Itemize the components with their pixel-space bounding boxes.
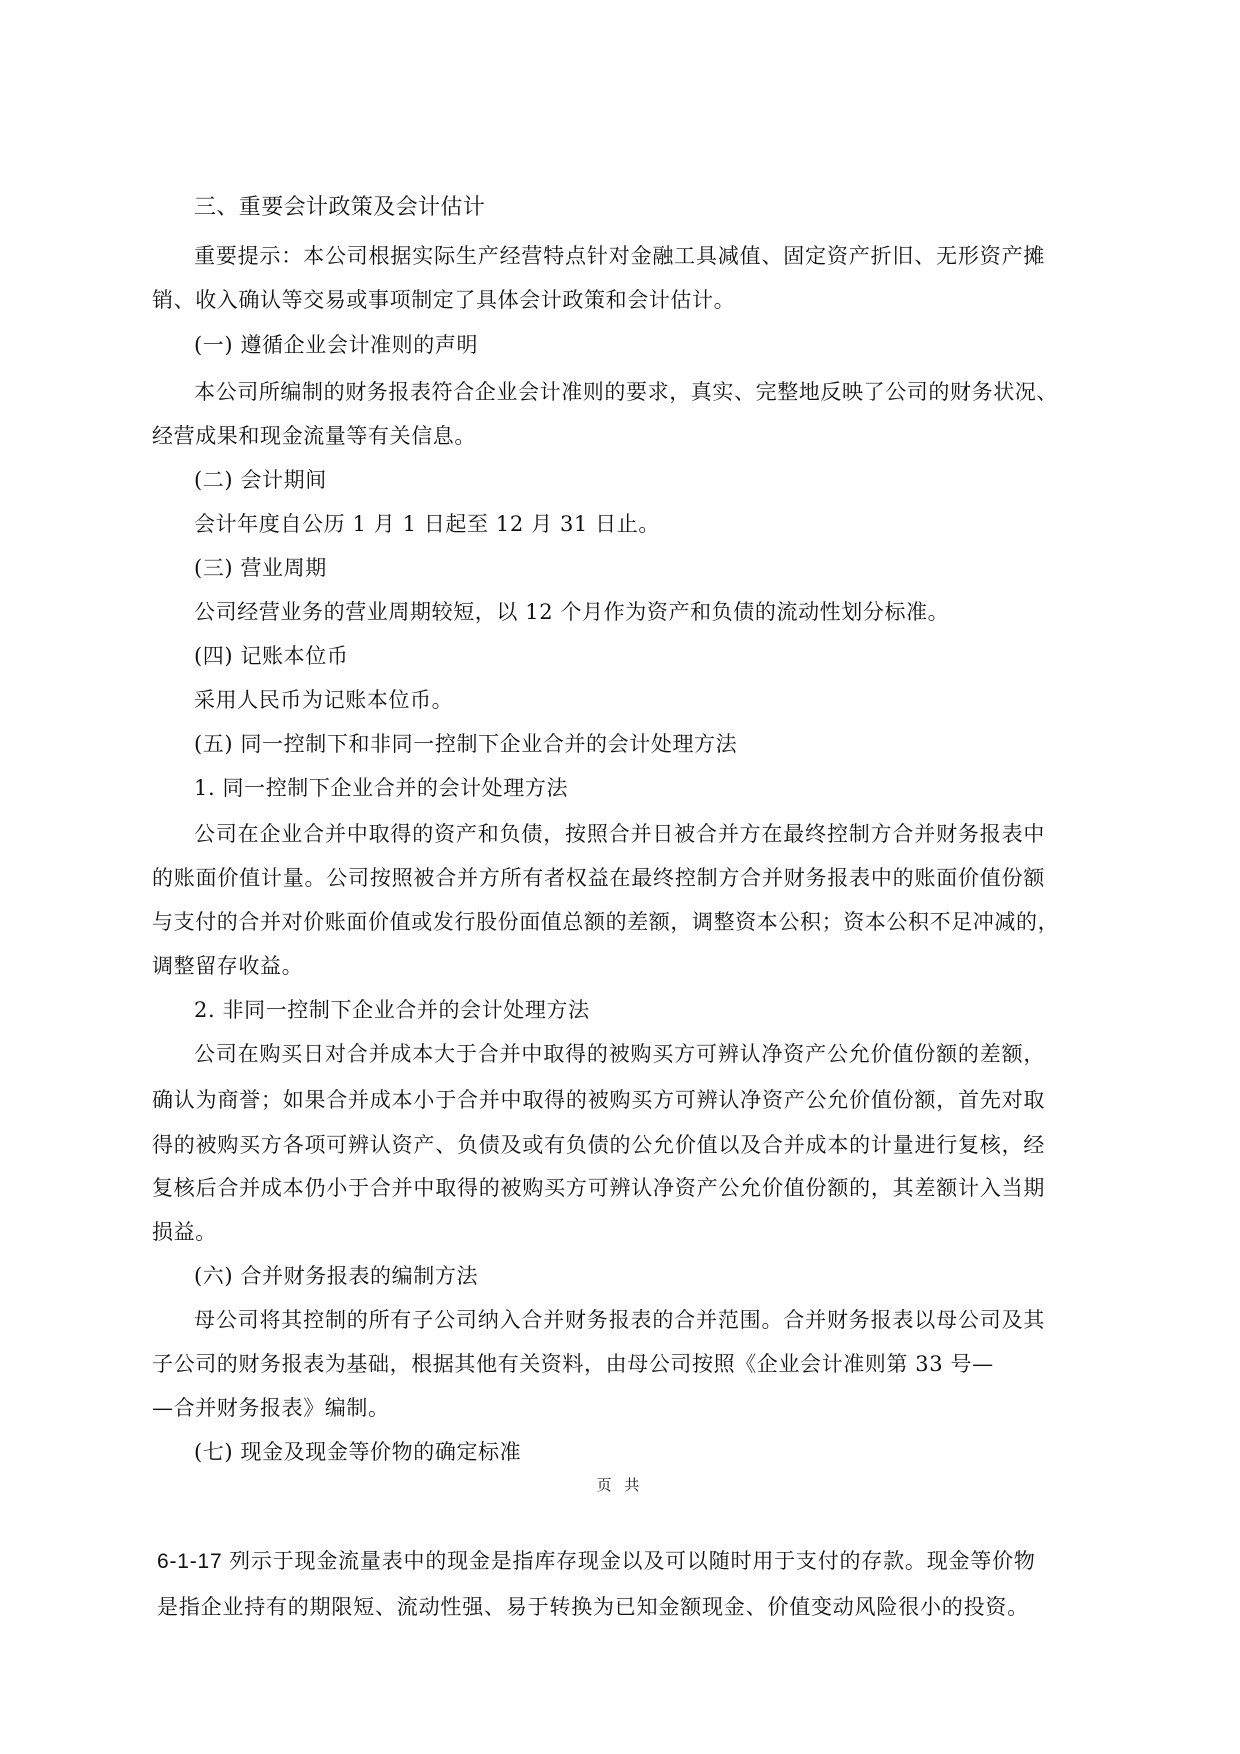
paragraph-line: 复核后合并成本仍小于合并中取得的被购买方可辨认净资产公允价值份额的，其差额计入当… <box>152 1174 1045 1202</box>
paragraph-line: 调整留存收益。 <box>152 952 303 980</box>
paragraph-line: 公司在企业合并中取得的资产和负债，按照合并日被合并方在最终控制方合并财务报表中 <box>194 820 1045 848</box>
paragraph-line: 会计年度自公历 1 月 1 日起至 12 月 31 日止。 <box>194 510 660 538</box>
subsection-heading-6: (六) 合并财务报表的编制方法 <box>194 1262 478 1290</box>
continuation-line-2: 是指企业持有的期限短、流动性强、易于转换为已知金额现金、价值变动风险很小的投资。 <box>157 1594 1029 1622</box>
paragraph-line: 损益。 <box>152 1218 217 1246</box>
item-heading-2: 2. 非同一控制下企业合并的会计处理方法 <box>194 996 590 1024</box>
paragraph-line: 与支付的合并对价账面价值或发行股份面值总额的差额，调整资本公积；资本公积不足冲减… <box>152 908 1045 936</box>
paragraph-line: 采用人民币为记账本位币。 <box>194 686 453 714</box>
subsection-heading-1: (一) 遵循企业会计准则的声明 <box>194 331 478 359</box>
section-title: 三、重要会计政策及会计估计 <box>194 194 485 222</box>
paragraph-line: 得的被购买方各项可辨认资产、负债及或有负债的公允价值以及合并成本的计量进行复核，… <box>152 1131 1045 1159</box>
document-page: 三、重要会计政策及会计估计 重要提示：本公司根据实际生产经营特点针对金融工具减值… <box>0 0 1240 1754</box>
paragraph-line: 子公司的财务报表为基础，根据其他有关资料，由母公司按照《企业会计准则第 33 号… <box>152 1350 994 1378</box>
paragraph-line: 公司在购买日对合并成本大于合并中取得的被购买方可辨认净资产公允价值份额的差额， <box>194 1040 1045 1068</box>
paragraph-line: 公司经营业务的营业周期较短，以 12 个月作为资产和负债的流动性划分标准。 <box>194 598 949 626</box>
subsection-heading-7: (七) 现金及现金等价物的确定标准 <box>194 1438 521 1466</box>
subsection-heading-2: (二) 会计期间 <box>194 466 327 494</box>
notice-line-1: 重要提示：本公司根据实际生产经营特点针对金融工具减值、固定资产折旧、无形资产摊 <box>194 242 1045 270</box>
subsection-heading-3: (三) 营业周期 <box>194 554 327 582</box>
paragraph-line: 本公司所编制的财务报表符合企业会计准则的要求，真实、完整地反映了公司的财务状况、 <box>194 378 1045 406</box>
paragraph-line: 确认为商誉；如果合并成本小于合并中取得的被购买方可辨认净资产公允价值份额，首先对… <box>152 1086 1045 1114</box>
paragraph-line: 经营成果和现金流量等有关信息。 <box>152 422 476 450</box>
notice-line-2: 销、收入确认等交易或事项制定了具体会计政策和会计估计。 <box>152 286 735 314</box>
continuation-line-1: 6-1-17 列示于现金流量表中的现金是指库存现金以及可以随时用于支付的存款。现… <box>157 1548 1036 1576</box>
paragraph-line: 母公司将其控制的所有子公司纳入合并财务报表的合并范围。合并财务报表以母公司及其 <box>194 1306 1045 1334</box>
page-footer-mark: 页 共 <box>0 1474 1240 1495</box>
paragraph-line: 的账面价值计量。公司按照被合并方所有者权益在最终控制方合并财务报表中的账面价值份… <box>152 864 1045 892</box>
item-heading-1: 1. 同一控制下企业合并的会计处理方法 <box>194 774 568 802</box>
paragraph-line: —合并财务报表》编制。 <box>152 1394 390 1422</box>
subsection-heading-4: (四) 记账本位币 <box>194 642 348 670</box>
subsection-heading-5: (五) 同一控制下和非同一控制下企业合并的会计处理方法 <box>194 730 737 758</box>
